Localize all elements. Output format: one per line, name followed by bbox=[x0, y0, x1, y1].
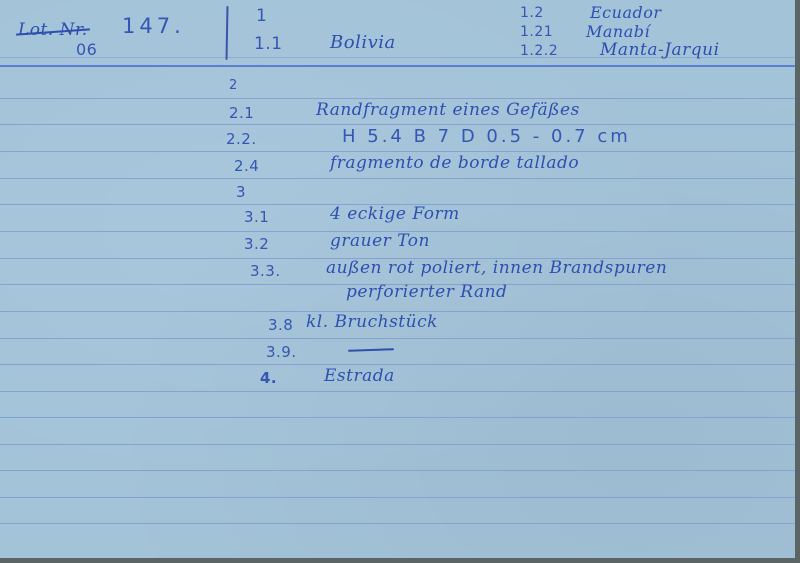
entry-text: fragmento de borde tallado bbox=[330, 153, 579, 173]
ruled-line bbox=[0, 124, 795, 125]
entry-code: 2.1 bbox=[229, 104, 254, 122]
entry-text: H 5.4 B 7 D 0.5 - 0.7 cm bbox=[342, 126, 631, 147]
lot-label-struck: Lot. Nr. bbox=[18, 20, 88, 40]
location-code-1-2-2: 1.2.2 bbox=[520, 43, 558, 59]
entry-text: grauer Ton bbox=[330, 231, 430, 251]
ruled-line bbox=[0, 98, 795, 99]
entry-text-continued: perforierter Rand bbox=[346, 282, 507, 302]
entry-text: kl. Bruchstück bbox=[306, 312, 438, 332]
entry-code: 3 bbox=[236, 183, 246, 201]
empty-value-dash bbox=[348, 348, 394, 352]
ruled-line bbox=[0, 497, 795, 498]
entry-code: 3.3. bbox=[250, 262, 281, 280]
entry-text: Randfragment eines Gefäßes bbox=[316, 100, 580, 120]
ruled-line bbox=[0, 523, 795, 524]
location-code-1: 1 bbox=[256, 6, 267, 26]
location-code-1-1: 1.1 bbox=[254, 34, 283, 54]
entry-code: 3.9. bbox=[266, 343, 297, 361]
entry-code: 2.2. bbox=[226, 130, 257, 148]
entry-code: 4. bbox=[260, 369, 277, 387]
index-card: Lot. Nr. 147. 06 1 1.1 Bolivia 1.2 Ecuad… bbox=[0, 0, 795, 558]
entry-text: außen rot poliert, innen Brandspuren bbox=[326, 258, 667, 278]
ruled-line bbox=[0, 338, 795, 339]
entry-code: 2.4 bbox=[234, 157, 259, 175]
entry-code: 3.8 bbox=[268, 316, 293, 334]
entry-text: Estrada bbox=[324, 366, 395, 386]
entry-code: 2 bbox=[229, 78, 238, 93]
location-region: Ecuador bbox=[590, 3, 662, 22]
entry-code: 3.1 bbox=[244, 208, 269, 226]
entry-text: 4 eckige Form bbox=[330, 204, 460, 224]
ruled-line bbox=[0, 364, 795, 365]
location-province: Manabí bbox=[586, 22, 650, 41]
lot-number: 147. bbox=[122, 14, 185, 38]
ruled-line bbox=[0, 470, 795, 471]
ruled-line bbox=[0, 151, 795, 152]
ruled-line bbox=[0, 178, 795, 179]
location-code-1-2: 1.2 bbox=[520, 5, 544, 21]
location-code-1-21: 1.21 bbox=[520, 24, 553, 40]
header-rule bbox=[0, 65, 795, 67]
entry-code: 3.2 bbox=[244, 235, 269, 253]
ruled-line bbox=[0, 417, 795, 418]
ruled-line bbox=[0, 391, 795, 392]
lot-subnumber: 06 bbox=[76, 40, 97, 59]
header-divider bbox=[226, 6, 229, 60]
ruled-line bbox=[0, 444, 795, 445]
location-site: Manta-Jarqui bbox=[600, 40, 720, 60]
location-country: Bolivia bbox=[330, 32, 396, 53]
